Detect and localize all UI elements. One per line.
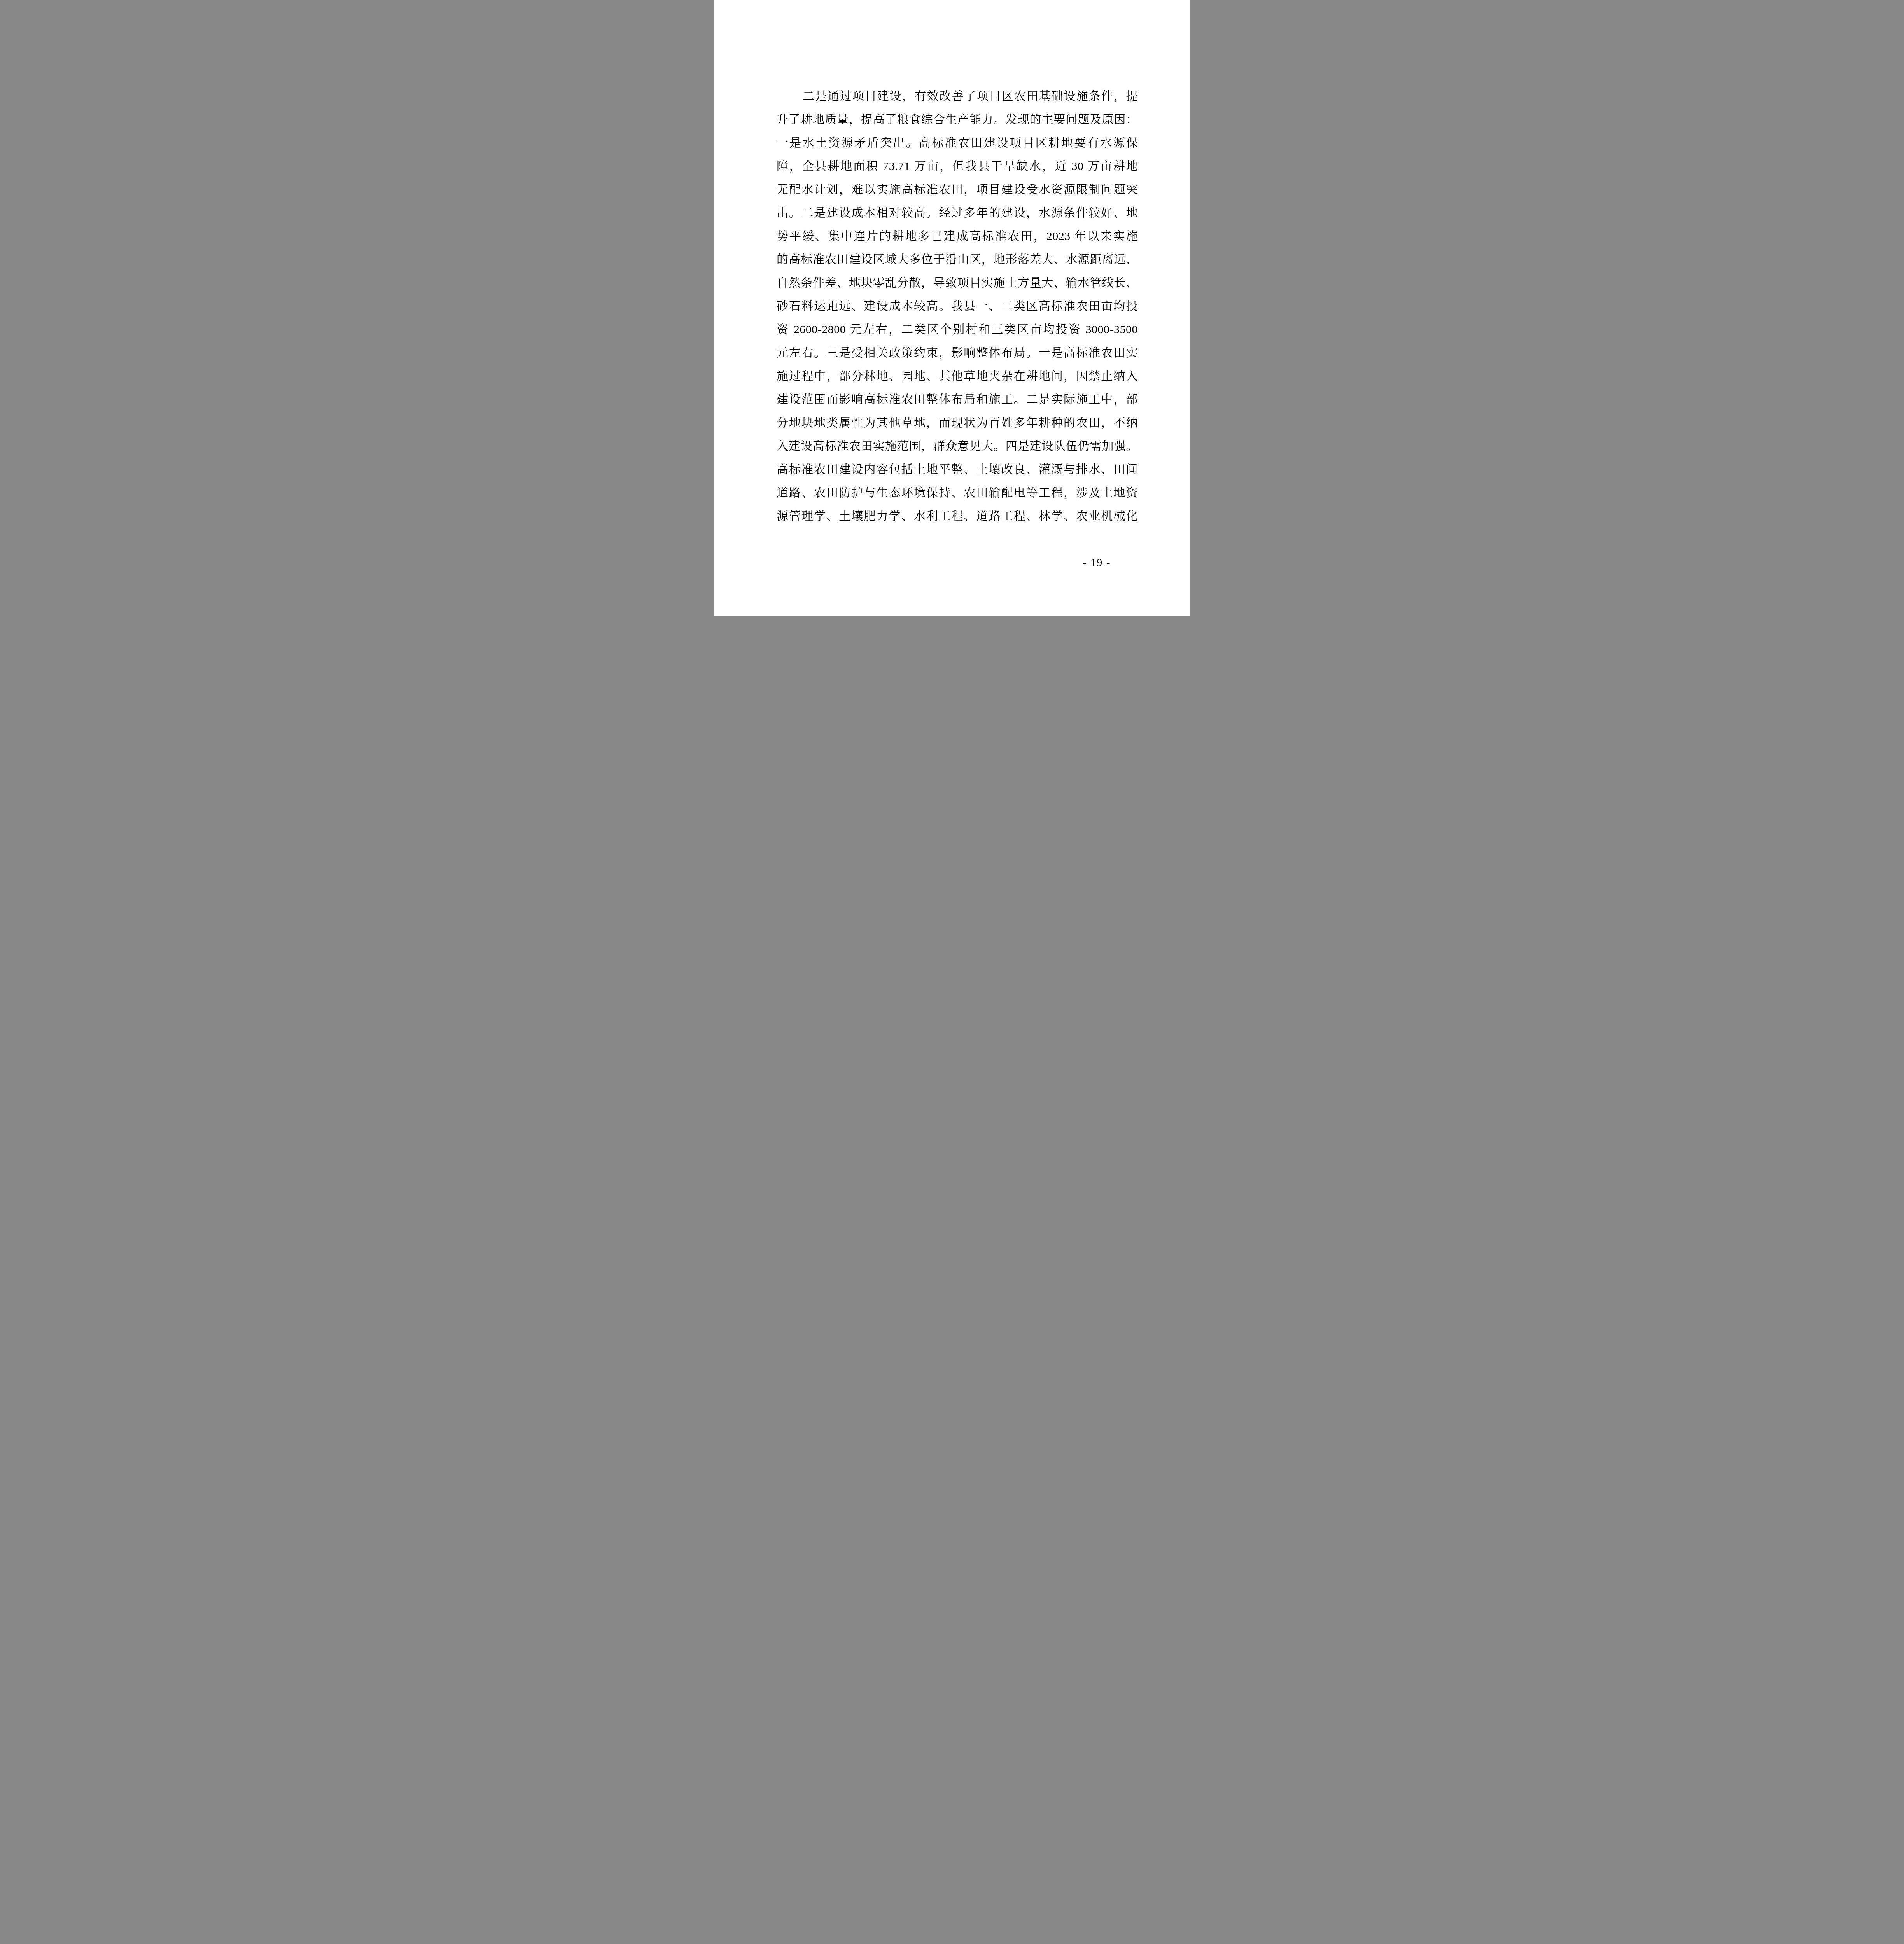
text-line: 二是通过项目建设，有效改善了项目区农田基础设施条件，提	[777, 85, 1138, 108]
text-line: 无配水计划，难以实施高标准农田，项目建设受水资源限制问题突	[777, 178, 1138, 201]
text-line: 资 2600-2800 元左右，二类区个别村和三类区亩均投资 3000-3500	[777, 318, 1138, 341]
body-paragraph: 二是通过项目建设，有效改善了项目区农田基础设施条件，提 升了耕地质量，提高了粮食…	[777, 85, 1138, 528]
text-line: 自然条件差、地块零乱分散，导致项目实施土方量大、输水管线长、	[777, 271, 1138, 295]
text-line: 出。二是建设成本相对较高。经过多年的建设，水源条件较好、地	[777, 201, 1138, 225]
text-line: 建设范围而影响高标准农田整体布局和施工。二是实际施工中，部	[777, 388, 1138, 411]
text-line: 入建设高标准农田实施范围，群众意见大。四是建设队伍仍需加强。	[777, 435, 1138, 458]
text-line: 升了耕地质量，提高了粮食综合生产能力。发现的主要问题及原因：	[777, 108, 1138, 131]
document-page: 二是通过项目建设，有效改善了项目区农田基础设施条件，提 升了耕地质量，提高了粮食…	[714, 0, 1190, 616]
text-line: 道路、农田防护与生态环境保持、农田输配电等工程，涉及土地资	[777, 481, 1138, 505]
text-line: 高标准农田建设内容包括土地平整、土壤改良、灌溉与排水、田间	[777, 458, 1138, 481]
text-line: 施过程中，部分林地、园地、其他草地夹杂在耕地间，因禁止纳入	[777, 365, 1138, 388]
text-line: 分地块地类属性为其他草地，而现状为百姓多年耕种的农田，不纳	[777, 411, 1138, 435]
text-line: 一是水土资源矛盾突出。高标准农田建设项目区耕地要有水源保	[777, 131, 1138, 155]
page-number: - 19 -	[1083, 556, 1111, 570]
text-line: 障，全县耕地面积 73.71 万亩，但我县干旱缺水，近 30 万亩耕地	[777, 155, 1138, 178]
text-line: 元左右。三是受相关政策约束，影响整体布局。一是高标准农田实	[777, 341, 1138, 365]
text-line: 砂石料运距远、建设成本较高。我县一、二类区高标准农田亩均投	[777, 295, 1138, 318]
text-line: 源管理学、土壤肥力学、水利工程、道路工程、林学、农业机械化	[777, 505, 1138, 528]
text-line: 势平缓、集中连片的耕地多已建成高标准农田，2023 年以来实施	[777, 225, 1138, 248]
text-line: 的高标准农田建设区域大多位于沿山区，地形落差大、水源距离远、	[777, 248, 1138, 271]
